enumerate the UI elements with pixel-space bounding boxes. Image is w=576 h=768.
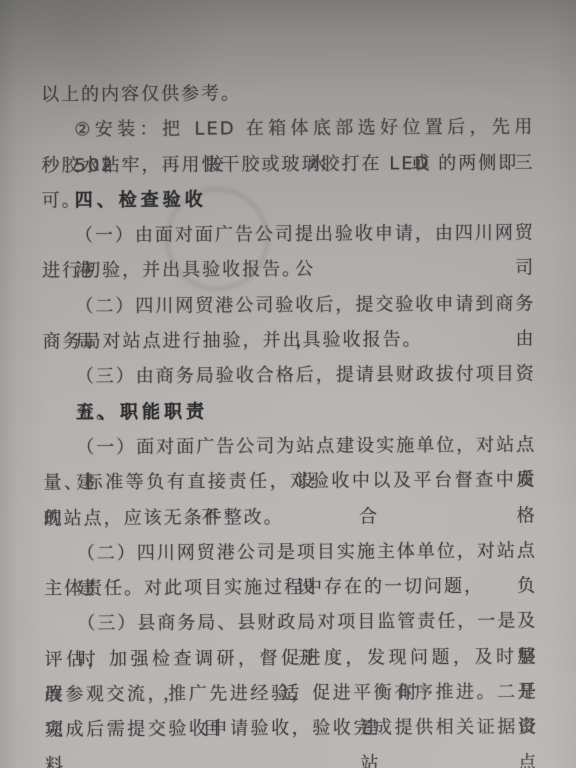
text-line: 评估，加强检查调研，督促进度，发现问题，及时整改，适时开 (44, 639, 537, 677)
photographed-document-page: 以上的内容仅供参考。 ②安装：把 LED 在箱体底部选好位置后，先用 502 胶… (0, 0, 576, 768)
text-line: 主体责任。对此项目实施过程中存在的一切问题， (44, 569, 537, 607)
text-line: （一）由面对面广告公司提出验收申请，由四川网贸港公司 (42, 216, 535, 254)
text-line: 展参观交流，推广先进经验，促进平衡有序推进。二是项目建设 (45, 675, 538, 713)
text-line: （三）由商务局验收合格后，提请县财政拔付项目资金。 (43, 357, 536, 395)
text-line: 量、标准等负有直接责任，对验收中以及平台督查中发现不合格 (43, 463, 536, 501)
text-line: （二）四川网贸港公司验收后，提交验收申请到商务局，由 (42, 286, 535, 324)
document-text-block: 以上的内容仅供参考。 ②安装：把 LED 在箱体底部选好位置后，先用 502 胶… (41, 75, 538, 749)
text-line: ②安装：把 LED 在箱体底部选好位置后，先用 502 胶水或三 (41, 110, 534, 148)
text-line: 完成后需提交验收申请验收，验收完成提供相关证据资料，站点 (45, 710, 538, 748)
text-line: 秒胶水粘牢，再用快干胶或玻璃胶打在 LED 的两侧即可。 (41, 145, 534, 183)
section-heading-4: 四、检查验收 (42, 180, 535, 218)
text-line: （一）面对面广告公司为站点建设实施单位，对站点建设质 (43, 427, 536, 465)
section-heading-5: 五、职能职责 (43, 392, 536, 430)
text-line: 以上的内容仅供参考。 (41, 75, 534, 113)
text-line: （三）县商务局、县财政局对项目监管责任，一是及时开展 (44, 604, 537, 642)
text-line: （二）四川网贸港公司是项目实施主体单位，对站点建设负 (44, 533, 537, 571)
